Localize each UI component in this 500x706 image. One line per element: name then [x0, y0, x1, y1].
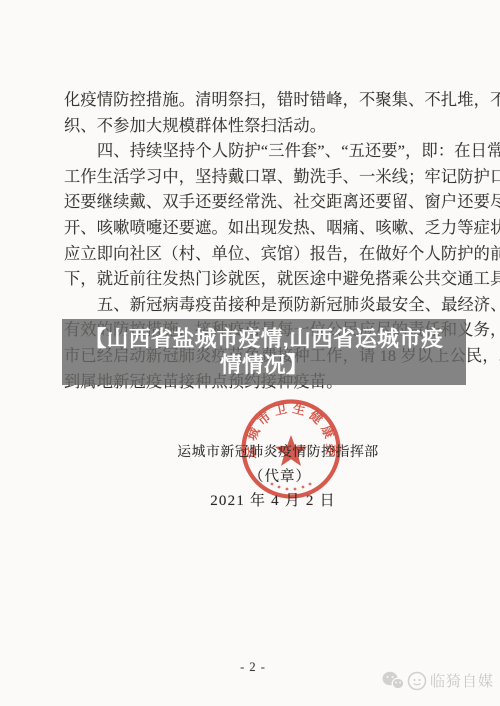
scanned-document-page: 化疫情防控措施。清明祭扫，错时错峰，不聚集、不扎堆，不组 织、不参加大规模群体性…: [0, 0, 500, 706]
signature-organization: 运城市新冠肺炎疫情防控指挥部: [78, 440, 478, 460]
body-line: 化疫情防控措施。清明祭扫，错时错峰，不聚集、不扎堆，不组: [64, 88, 457, 114]
body-line: 开、咳嗽喷嚏还要遮。如出现发热、咽痛、咳嗽、乏力等症状，: [64, 216, 457, 242]
page-number: - 2 -: [3, 660, 500, 675]
signature-date: 2021 年 4 月 2 日: [73, 489, 473, 510]
body-line: 织、不参加大规模群体性祭扫活动。: [64, 114, 457, 140]
signature-proxy-note: （代章）: [80, 465, 480, 486]
body-line: 还要继续戴、双手还要经常洗、社交距离还要留、窗户还要尽量: [64, 190, 457, 216]
highlight-title-line-1: 【山西省盐城市疫情,山西省运城市疫: [85, 326, 443, 352]
body-line: 应立即向社区（村、单位、宾馆）报告，在做好个人防护的前提: [64, 242, 457, 268]
body-line: 四、持续坚持个人防护“三件套”、“五还要”，即：在日常的: [64, 139, 457, 165]
body-line: 五、新冠病毒疫苗接种是预防新冠肺炎最安全、最经济、最: [64, 293, 457, 319]
highlight-title-line-2: 情情况】: [220, 352, 308, 378]
body-line: 下，就近前往发热门诊就医，就医途中避免搭乘公共交通工具。: [64, 267, 457, 293]
highlight-title-overlay: 【山西省盐城市疫情,山西省运城市疫 情情况】: [62, 319, 466, 385]
body-line: 工作生活学习中，坚持戴口罩、勤洗手、一米线；牢记防护口罩: [64, 165, 457, 191]
